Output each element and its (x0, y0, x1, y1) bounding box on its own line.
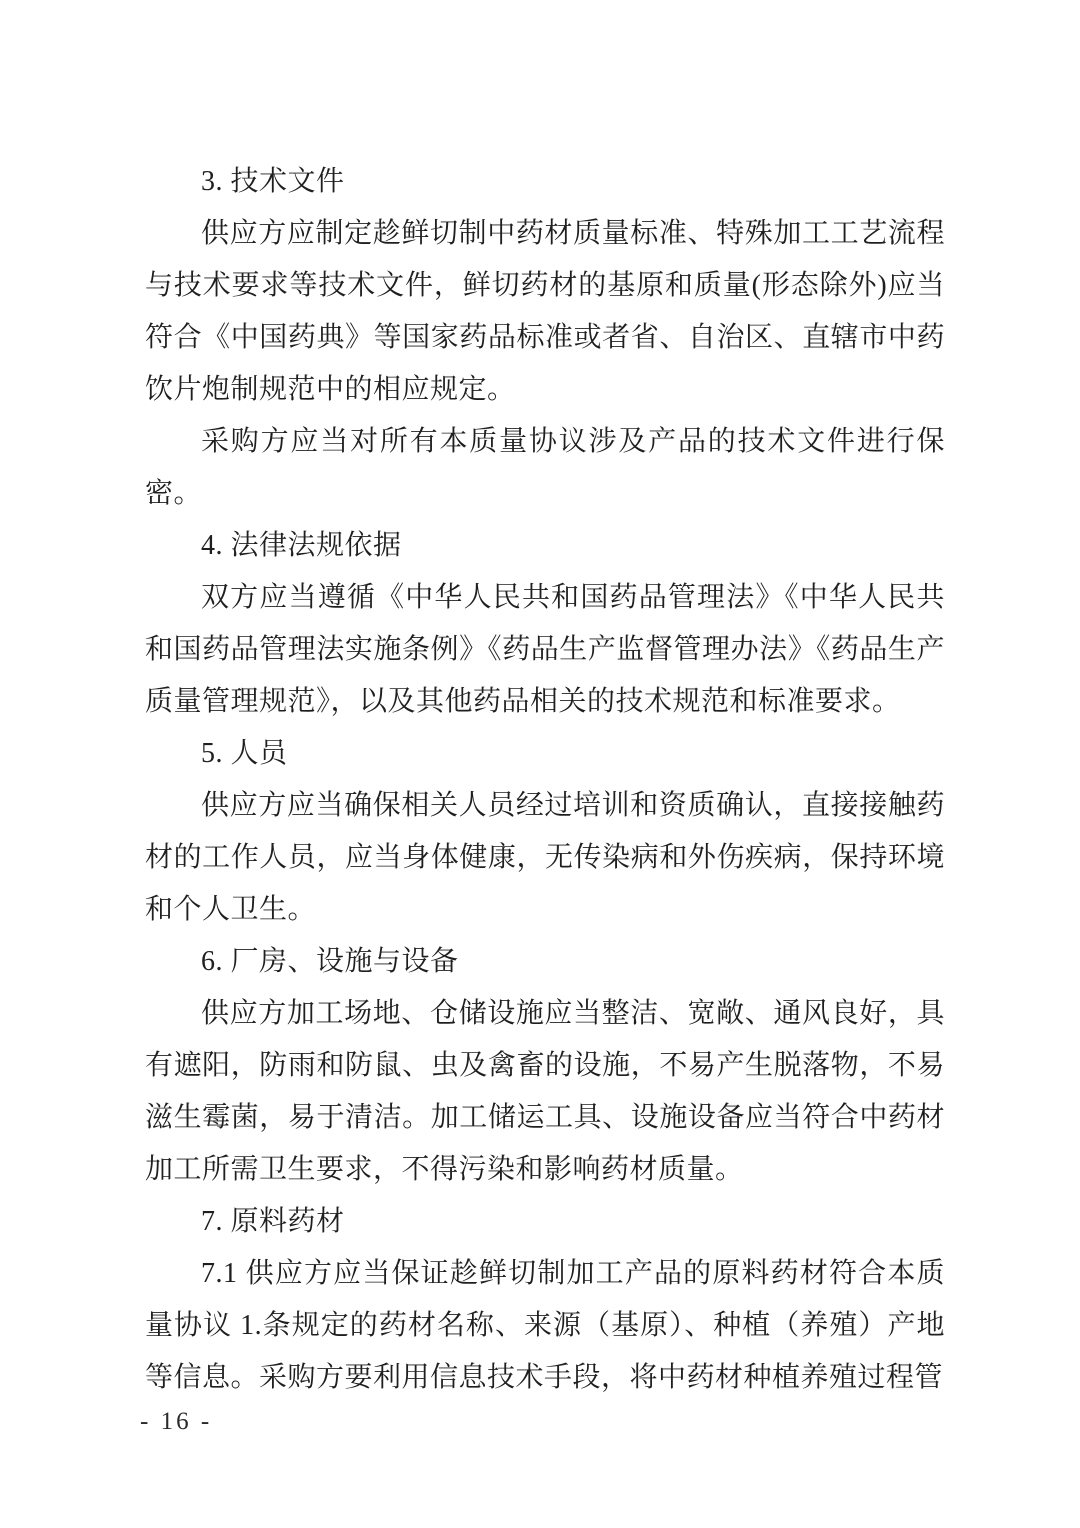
page-number: - 16 - (140, 1408, 212, 1435)
paragraph: 7.1 供应方应当保证趁鲜切制加工产品的原料药材符合本质量协议 1.条规定的药材… (145, 1248, 945, 1404)
section-heading-technical-documents: 3. 技术文件 (145, 156, 945, 208)
document-content: 3. 技术文件 供应方应制定趁鲜切制中药材质量标准、特殊加工工艺流程与技术要求等… (145, 156, 945, 1404)
page-footer: - 16 - (140, 1408, 212, 1436)
paragraph: 供应方应制定趁鲜切制中药材质量标准、特殊加工工艺流程与技术要求等技术文件，鲜切药… (145, 208, 945, 416)
section-heading-premises-facilities-equipment: 6. 厂房、设施与设备 (145, 936, 945, 988)
section-heading-legal-basis: 4. 法律法规依据 (145, 520, 945, 572)
paragraph: 双方应当遵循《中华人民共和国药品管理法》《中华人民共和国药品管理法实施条例》《药… (145, 572, 945, 728)
paragraph: 供应方应当确保相关人员经过培训和资质确认，直接接触药材的工作人员，应当身体健康，… (145, 780, 945, 936)
paragraph: 供应方加工场地、仓储设施应当整洁、宽敞、通风良好，具有遮阳，防雨和防鼠、虫及禽畜… (145, 988, 945, 1196)
paragraph: 采购方应当对所有本质量协议涉及产品的技术文件进行保密。 (145, 416, 945, 520)
section-heading-raw-materials: 7. 原料药材 (145, 1196, 945, 1248)
document-page: 3. 技术文件 供应方应制定趁鲜切制中药材质量标准、特殊加工工艺流程与技术要求等… (0, 0, 1080, 1528)
section-heading-personnel: 5. 人员 (145, 728, 945, 780)
